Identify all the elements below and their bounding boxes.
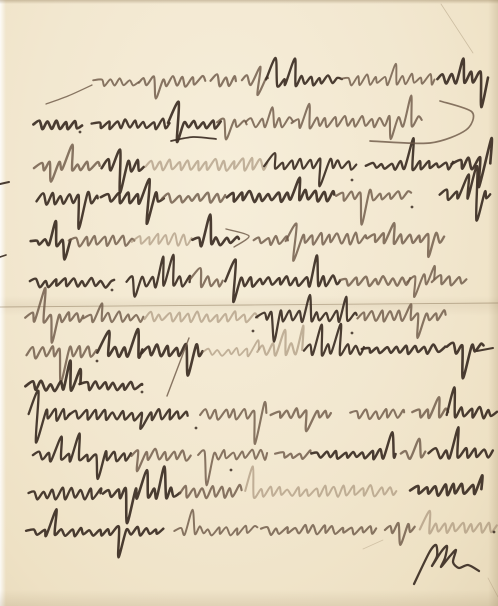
ink-dot: [111, 289, 114, 292]
handwriting-word: [25, 361, 80, 391]
handwriting-word: [97, 329, 142, 358]
handwriting-word: [103, 467, 180, 524]
handwriting-line: [37, 166, 491, 229]
handwriting-word: [292, 96, 422, 140]
handwriting-word: [407, 266, 435, 297]
handwriting-word: [211, 74, 236, 86]
handwriting-word: [180, 485, 242, 498]
handwriting-word: [385, 523, 415, 545]
handwriting-line: [25, 361, 142, 391]
ink-flourish: [0, 255, 6, 257]
handwriting-line: [30, 255, 467, 302]
handwriting-word: [261, 525, 376, 535]
handwriting-word: [246, 107, 293, 127]
ink-dot: [79, 131, 82, 134]
handwriting-word: [225, 255, 340, 302]
handwriting-word: [131, 449, 190, 472]
handwriting-word: [242, 67, 268, 95]
ink-flourish: [167, 338, 189, 396]
handwriting-line: [93, 58, 488, 107]
handwriting-word: [304, 324, 364, 356]
handwriting-line: [26, 509, 497, 557]
fold-crease: [0, 303, 498, 307]
ink-dot: [230, 469, 233, 472]
ink-dot: [351, 332, 354, 335]
handwriting-word: [412, 397, 448, 418]
handwriting-word: [31, 221, 71, 260]
handwriting-word: [168, 102, 221, 142]
handwriting-line: [29, 387, 497, 444]
handwriting-word: [30, 278, 114, 288]
fold-crease: [441, 4, 473, 53]
handwriting-word: [101, 179, 164, 224]
handwriting-line: [31, 215, 444, 261]
handwriting-word: [254, 236, 288, 245]
handwriting-word: [26, 509, 163, 557]
handwriting-word: [420, 511, 497, 534]
handwriting-word: [33, 433, 131, 478]
handwriting-word: [429, 427, 493, 458]
handwriting-word: [275, 450, 310, 458]
scanned-letter-page: [0, 0, 498, 606]
handwriting-word: [69, 236, 135, 247]
handwriting-word: [257, 326, 303, 356]
fold-crease: [363, 540, 383, 549]
handwriting-word: [37, 192, 98, 229]
handwriting-word: [145, 311, 258, 322]
handwriting-word: [432, 275, 467, 285]
ink-dot: [411, 206, 414, 209]
handwriting-line: [33, 96, 421, 142]
handwriting-word: [29, 488, 102, 500]
handwriting-word: [271, 408, 331, 431]
handwriting-word: [93, 78, 138, 86]
handwriting-word: [25, 288, 83, 343]
ink-dot: [252, 330, 255, 333]
handwriting-line: [27, 324, 484, 383]
handwriting-word: [358, 304, 446, 338]
ink-flourish: [46, 85, 92, 104]
ink-dot: [96, 360, 99, 363]
handwriting-word: [142, 344, 203, 375]
handwriting-word: [340, 276, 410, 286]
handwriting-word: [33, 121, 82, 130]
ink-flourish: [0, 182, 9, 184]
handwriting-word: [29, 391, 70, 443]
handwriting-word: [80, 381, 143, 390]
ink-dot: [493, 531, 496, 534]
ink-dot: [195, 427, 198, 430]
handwriting-word: [286, 223, 366, 260]
handwriting-line: [34, 138, 492, 193]
handwriting-word: [127, 255, 191, 297]
ink-dot: [351, 179, 354, 182]
handwriting-word: [336, 190, 411, 225]
handwriting-word: [362, 344, 445, 354]
handwriting-word: [132, 233, 192, 246]
handwriting-word: [342, 64, 435, 86]
signature-flourish: [414, 545, 479, 584]
handwriting-word: [437, 58, 488, 107]
handwriting-word: [92, 119, 170, 129]
handwriting-word: [311, 432, 395, 459]
handwriting-word: [68, 409, 187, 429]
handwriting-word: [190, 268, 223, 287]
handwriting-word: [198, 450, 267, 486]
handwriting-word: [174, 510, 257, 536]
handwriting-word: [203, 340, 259, 356]
handwriting-word: [245, 466, 396, 498]
handwriting-word: [350, 409, 404, 419]
ink-dot: [141, 391, 144, 394]
handwriting-line: [33, 427, 493, 485]
handwriting-word: [367, 223, 444, 257]
handwriting-word: [266, 58, 342, 87]
handwriting-word: [139, 76, 205, 99]
handwriting-word: [264, 153, 356, 186]
handwriting-word: [145, 158, 267, 171]
handwriting-word: [227, 178, 334, 202]
handwriting-word: [447, 387, 497, 418]
handwriting-word: [447, 343, 484, 379]
handwriting-word: [27, 346, 97, 383]
handwriting-word: [102, 150, 144, 193]
handwriting-word: [200, 402, 266, 444]
fold-crease: [488, 578, 498, 597]
handwriting-word: [162, 193, 225, 203]
handwriting-word: [34, 145, 100, 182]
ink-flourish: [477, 348, 493, 351]
handwriting-layer: [0, 0, 498, 606]
handwriting-word: [401, 439, 426, 459]
handwriting-word: [410, 475, 482, 495]
